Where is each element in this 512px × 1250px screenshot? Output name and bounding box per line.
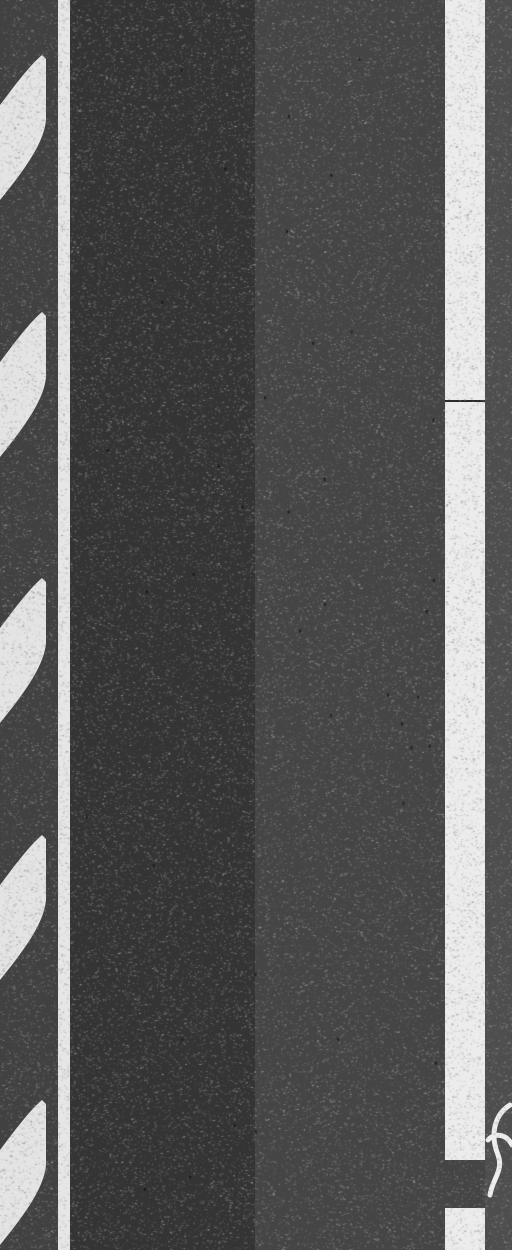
bike-lane [485, 0, 512, 1250]
hatch-stripe [0, 578, 46, 723]
hatch-stripe [0, 312, 46, 457]
lane-surface-light [255, 0, 445, 1250]
lane-surface-dark [70, 0, 255, 1250]
right-lane-line [445, 0, 485, 1250]
road-scene [0, 0, 512, 1250]
hatch-stripe [0, 55, 46, 200]
lane-line-gap [445, 1160, 485, 1208]
hatch-stripe [0, 1100, 46, 1245]
bicycle-symbol-icon [484, 1085, 512, 1200]
lane-line-crack [445, 400, 485, 402]
hatch-stripe [0, 835, 46, 980]
